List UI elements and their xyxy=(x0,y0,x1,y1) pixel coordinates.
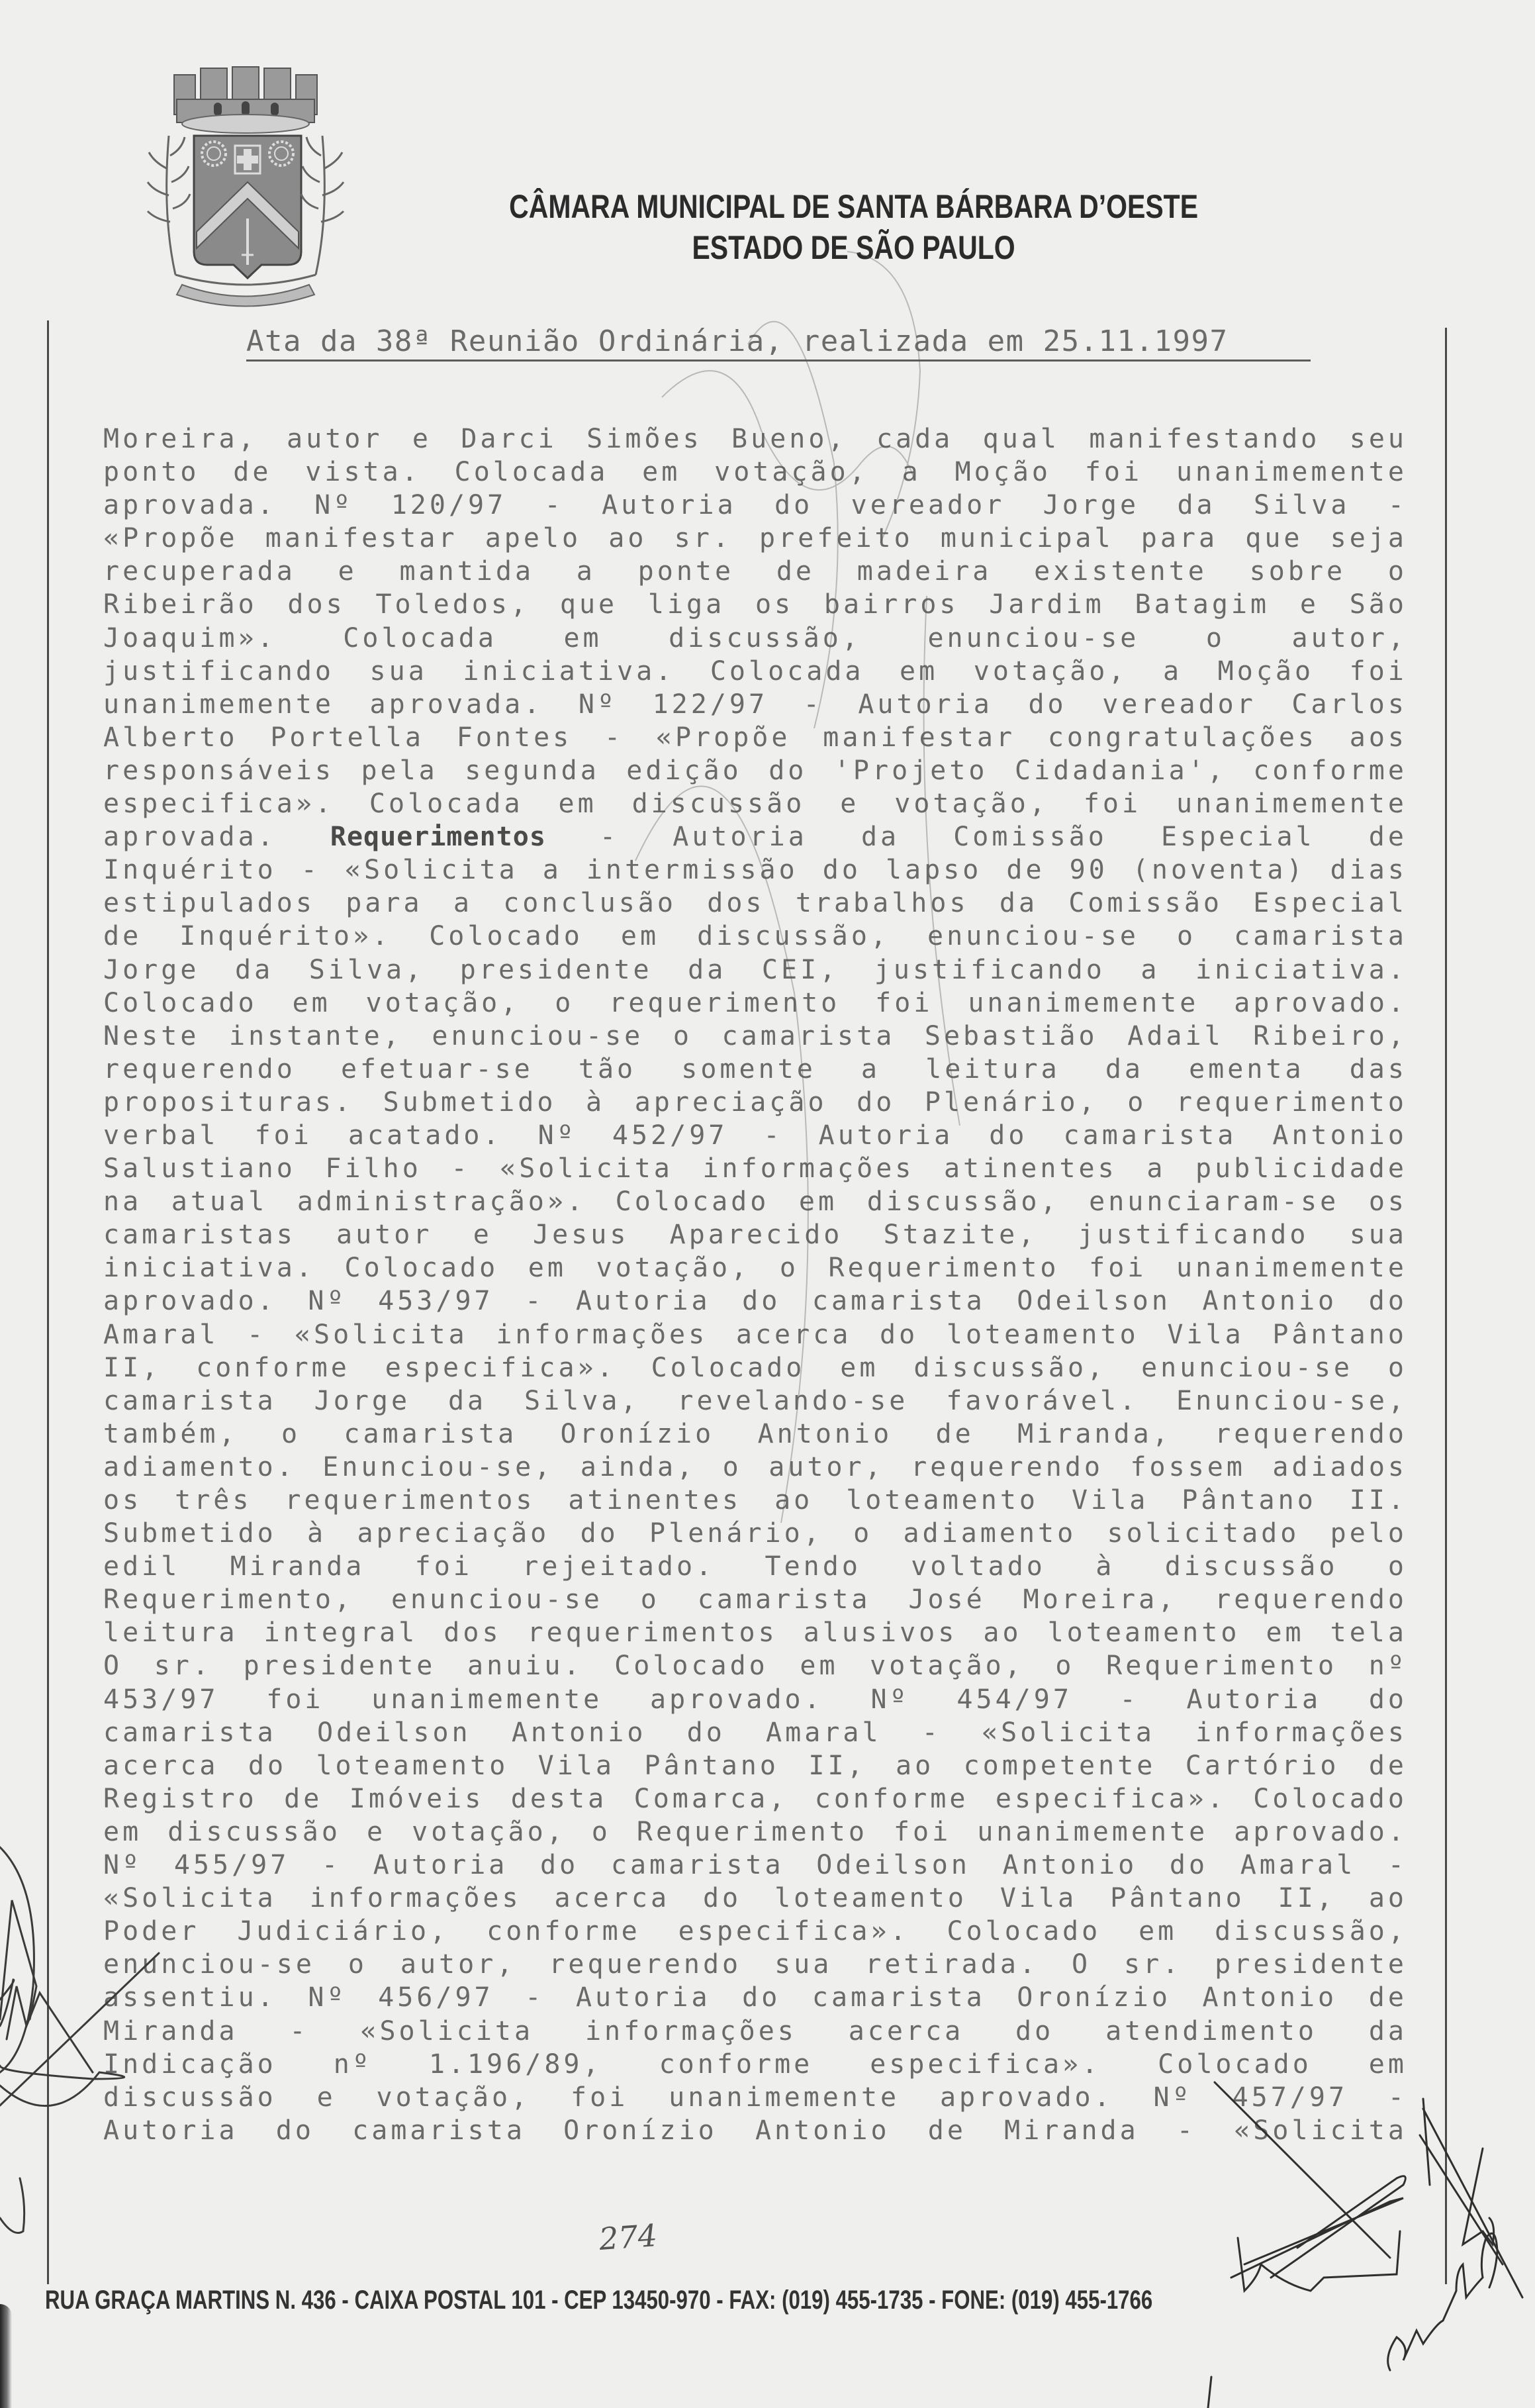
minutes-line: RibeirãodosToledos,queligaosbairrosJardi… xyxy=(103,588,1407,621)
footer-address: RUA GRAÇA MARTINS N. 436 - CAIXA POSTAL … xyxy=(45,2286,1152,2315)
minutes-line: proposituras.SubmetidoàapreciaçãodoPlená… xyxy=(103,1086,1407,1119)
minutes-line: Nesteinstante,enunciou-seocamaristaSebas… xyxy=(103,1020,1407,1053)
minutes-line: justificandosuainiciativa.Colocadaemvota… xyxy=(103,655,1407,688)
minutes-line: aprovada.Nº120/97-AutoriadovereadorJorge… xyxy=(103,489,1407,522)
minutes-line: SubmetidoàapreciaçãodoPlenário,oadiament… xyxy=(103,1517,1407,1550)
minutes-line: discussãoevotação,foiunanimementeaprovad… xyxy=(103,2081,1407,2114)
minutes-line: JorgedaSilva,presidentedaCEI,justificand… xyxy=(103,953,1407,987)
minutes-line: «SolicitainformaçõesacercadoloteamentoVi… xyxy=(103,1882,1407,1915)
minutes-line: especifica».Colocadaemdiscussãoevotação,… xyxy=(103,787,1407,820)
minutes-line: aprovado.Nº453/97-AutoriadocamaristaOdei… xyxy=(103,1284,1407,1318)
minutes-line: acercadoloteamentoVilaPântanoII,aocompet… xyxy=(103,1749,1407,1782)
minutes-body: Moreira,autoreDarciSimõesBueno,cadaqualm… xyxy=(103,422,1407,2147)
minutes-title: Ata da 38ª Reunião Ordinária, realizada … xyxy=(246,324,1311,361)
minutes-line: adiamento.Enunciou-se,ainda,oautor,reque… xyxy=(103,1451,1407,1484)
minutes-line: 453/97foiunanimementeaprovado.Nº454/97-A… xyxy=(103,1683,1407,1716)
minutes-line: Colocadoemvotação,orequerimentofoiunanim… xyxy=(103,987,1407,1020)
minutes-line: RegistrodeImóveisdestaComarca,conformees… xyxy=(103,1782,1407,1815)
minutes-line: estipuladosparaaconclusãodostrabalhosdaC… xyxy=(103,887,1407,920)
minutes-line: Miranda-«Solicitainformaçõesacercadoaten… xyxy=(103,2015,1407,2048)
minutes-line: Amaral-«Solicitainformaçõesacercadolotea… xyxy=(103,1318,1407,1351)
minutes-line: Moreira,autoreDarciSimõesBueno,cadaqualm… xyxy=(103,422,1407,456)
minutes-line: requerendoefetuar-setãosomentealeiturada… xyxy=(103,1053,1407,1086)
minutes-line: unanimementeaprovada.Nº122/97-Autoriadov… xyxy=(103,688,1407,721)
right-margin-rule xyxy=(1445,328,1447,2284)
minutes-line: camaristasautoreJesusAparecidoStazite,ju… xyxy=(103,1218,1407,1251)
minutes-line: II,conformeespecifica».Colocadoemdiscuss… xyxy=(103,1351,1407,1384)
minutes-line: PoderJudiciário,conformeespecifica».Colo… xyxy=(103,1915,1407,1948)
organization-state: ESTADO DE SÃO PAULO xyxy=(154,228,1413,267)
minutes-line: Nº455/97-AutoriadocamaristaOdeilsonAnton… xyxy=(103,1849,1407,1882)
handwritten-page-number: 274 xyxy=(598,2217,658,2257)
minutes-line: edilMirandafoirejeitado.Tendovoltadoàdis… xyxy=(103,1550,1407,1583)
minutes-line: responsáveispelasegundaediçãodo'ProjetoC… xyxy=(103,754,1407,787)
minutes-line: AlbertoPortellaFontes-«Propõemanifestarc… xyxy=(103,721,1407,754)
left-margin-rule xyxy=(47,320,49,2284)
initials-bottom-right-icon xyxy=(1208,2233,1497,2408)
minutes-line: leituraintegraldosrequerimentosalusivosa… xyxy=(103,1616,1407,1649)
minutes-line: AutoriadocamaristaOronízioAntoniodeMiran… xyxy=(103,2114,1407,2147)
minutes-line: emdiscussãoevotação,oRequerimentofoiunan… xyxy=(103,1815,1407,1849)
minutes-line: iniciativa.Colocadoemvotação,oRequerimen… xyxy=(103,1251,1407,1284)
minutes-line: camaristaOdeilsonAntoniodoAmaral-«Solici… xyxy=(103,1716,1407,1749)
minutes-line: verbalfoiacatado.Nº452/97-Autoriadocamar… xyxy=(103,1119,1407,1152)
minutes-line: Joaquim».Colocadaemdiscussão,enunciou-se… xyxy=(103,622,1407,655)
minutes-line: assentiu.Nº456/97-AutoriadocamaristaOron… xyxy=(103,1981,1407,2014)
minutes-line: aprovada.Requerimentos-AutoriadaComissão… xyxy=(103,820,1407,853)
minutes-line: recuperadaemantidaapontedemadeiraexisten… xyxy=(103,555,1407,588)
organization-name: CÂMARA MUNICIPAL DE SANTA BÁRBARA D’OEST… xyxy=(154,187,1413,226)
scan-page-edge xyxy=(0,2304,12,2408)
minutes-line: Requerimento,enunciou-seocamaristaJoséMo… xyxy=(103,1583,1407,1616)
minutes-line: enunciou-seoautor,requerendosuaretirada.… xyxy=(103,1948,1407,1981)
minutes-line: pontodevista.Colocadaemvotação,aMoçãofoi… xyxy=(103,456,1407,489)
minutes-line: «Propõemanifestarapeloaosr.prefeitomunic… xyxy=(103,522,1407,555)
minutes-line: Osr.presidenteanuiu.Colocadoemvotação,oR… xyxy=(103,1649,1407,1682)
minutes-line: camaristaJorgedaSilva,revelando-sefavorá… xyxy=(103,1384,1407,1418)
minutes-line: Indicaçãonº1.196/89,conformeespecifica».… xyxy=(103,2048,1407,2081)
minutes-line: deInquérito».Colocadoemdiscussão,enuncio… xyxy=(103,920,1407,953)
coat-of-arms-icon xyxy=(136,63,354,308)
minutes-line: Inquérito-«Solicitaaintermissãodolapsode… xyxy=(103,853,1407,887)
minutes-line: ostrêsrequerimentosatinentesaoloteamento… xyxy=(103,1484,1407,1517)
minutes-line: SalustianoFilho-«Solicitainformaçõesatin… xyxy=(103,1152,1407,1185)
minutes-line: também,ocamaristaOronízioAntoniodeMirand… xyxy=(103,1418,1407,1451)
minutes-line: naatualadministração».Colocadoemdiscussã… xyxy=(103,1185,1407,1218)
